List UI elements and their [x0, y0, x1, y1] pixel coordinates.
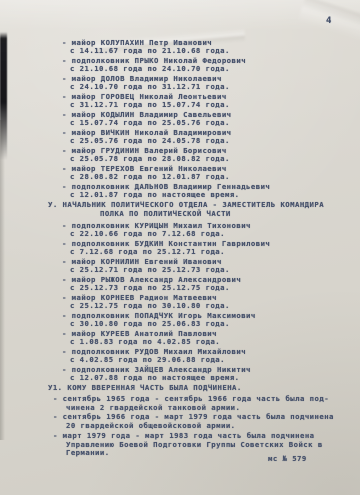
list-item: - подполковник БУДКИН Константин Гаврило…: [62, 240, 270, 257]
list-item: - подполковник ЗАЙЦЕВ Александр Никитич …: [62, 366, 270, 383]
list-item: - майор ГОРОВЕЦ Николай Леонтьевич с 31.…: [62, 93, 270, 110]
officers-list-continued: - майор КОЛУПАХИН Петр Иванович с 14.11.…: [62, 39, 270, 201]
entry-dates-line: с 25.12.71 года по 25.12.73 года.: [62, 266, 270, 275]
page-number: 4: [326, 17, 331, 26]
entry-dates-line: с 25.05.76 года по 24.05.78 года.: [62, 137, 270, 146]
list-item: - сентябрь 1966 года - март 1979 года ча…: [53, 413, 334, 430]
entry-dates-line: с 30.10.80 года по 25.06.83 года.: [62, 320, 270, 329]
entry-dates-line: с 7.12.68 года по 25.12.71 года.: [62, 248, 270, 257]
list-item: - майор КОЛУПАХИН Петр Иванович с 14.11.…: [62, 39, 270, 56]
list-item: - майор ТЕРЕХОВ Евгений Николаевич с 28.…: [62, 165, 270, 182]
section-5-heading: У. НАЧАЛЬНИК ПОЛИТИЧЕСКОГО ОТДЕЛА - ЗАМЕ…: [48, 201, 324, 218]
entry-dates-line: с 22.10.66 года по 7.12.68 года.: [62, 230, 270, 239]
list-item: - майор РЫЖОВ Александр Александрович с …: [62, 276, 270, 293]
entry-continuation-line: чинена 2 гвардейской танковой армии.: [53, 404, 334, 413]
entry-dates-line: с 21.10.68 года по 24.10.70 года.: [62, 65, 270, 74]
entry-dates-line: с 31.12.71 года по 15.07.74 года.: [62, 101, 270, 110]
entry-dates-line: с 24.10.70 года по 31.12.71 года.: [62, 83, 270, 92]
section-6-heading: У1. КОМУ ВВЕРЕННАЯ ЧАСТЬ БЫЛА ПОДЧИНЕНА.: [48, 384, 242, 393]
list-item: - майор КУРЕЕВ Анатолий Павлович с 1.08.…: [62, 330, 270, 347]
entry-dates-line: с 4.02.85 года по 29.06.88 года.: [62, 356, 270, 365]
section-5-heading-line2: ПОЛКА ПО ПОЛИТИЧЕСКОЙ ЧАСТИ: [100, 210, 324, 219]
entry-continuation-line: 20 гвардейской общевойсковой армии.: [53, 422, 334, 431]
entry-dates-line: с 12.01.87 года по настоящее время.: [62, 191, 270, 200]
list-item: - подполковник КУРИЦЫН Михаил Тихонович …: [62, 222, 270, 239]
entry-dates-line: с 1.08.83 года по 4.02.85 года.: [62, 338, 270, 347]
entry-dates-line: с 15.07.74 года по 25.05.76 года.: [62, 119, 270, 128]
footer-number: мс № 579: [268, 455, 307, 464]
list-item: - подполковник ПОПАДЧУК Игорь Максимович…: [62, 312, 270, 329]
list-item: - майор КОДЫЛИН Владимир Савельевич с 15…: [62, 111, 270, 128]
entry-dates-line: с 28.08.82 года по 12.01.87 года.: [62, 173, 270, 182]
subordination-list: - сентябрь 1965 года - сентябрь 1966 год…: [53, 395, 334, 459]
list-item: - майор ВИЧКИН Николай Владимирович с 25…: [62, 129, 270, 146]
political-department-chiefs-list: - подполковник КУРИЦЫН Михаил Тихонович …: [62, 222, 270, 384]
entry-dates-line: с 25.12.73 года по 25.12.75 года.: [62, 284, 270, 293]
list-item: - сентябрь 1965 года - сентябрь 1966 год…: [53, 395, 334, 412]
scanned-page: 4 - майор КОЛУПАХИН Петр Иванович с 14.1…: [0, 0, 360, 495]
list-item: - майор ГРУДИНИН Валерий Борисович с 25.…: [62, 147, 270, 164]
list-item: - майор КОРНИЛИН Евгений Иванович с 25.1…: [62, 258, 270, 275]
list-item: - подполковник ДАЛЬНОВ Владимир Геннадье…: [62, 183, 270, 200]
entry-dates-line: с 25.05.78 года по 28.08.82 года.: [62, 155, 270, 164]
entry-dates-line: с 12.07.88 года по настоящее время.: [62, 374, 270, 383]
list-item: - подполковник РУДОВ Михаил Михайлович с…: [62, 348, 270, 365]
list-item: - майор ДОЛОВ Владимир Николаевич с 24.1…: [62, 75, 270, 92]
list-item: - майор КОРНЕЕВ Радион Матвеевич с 25.12…: [62, 294, 270, 311]
list-item: - подполковник ПРЫКО Николай Федорович с…: [62, 57, 270, 74]
entry-dates-line: с 14.11.67 года по 21.10.68 года.: [62, 47, 270, 56]
scan-edge-shade: [0, 120, 5, 440]
entry-dates-line: с 25.12.75 года по 30.10.80 года.: [62, 302, 270, 311]
